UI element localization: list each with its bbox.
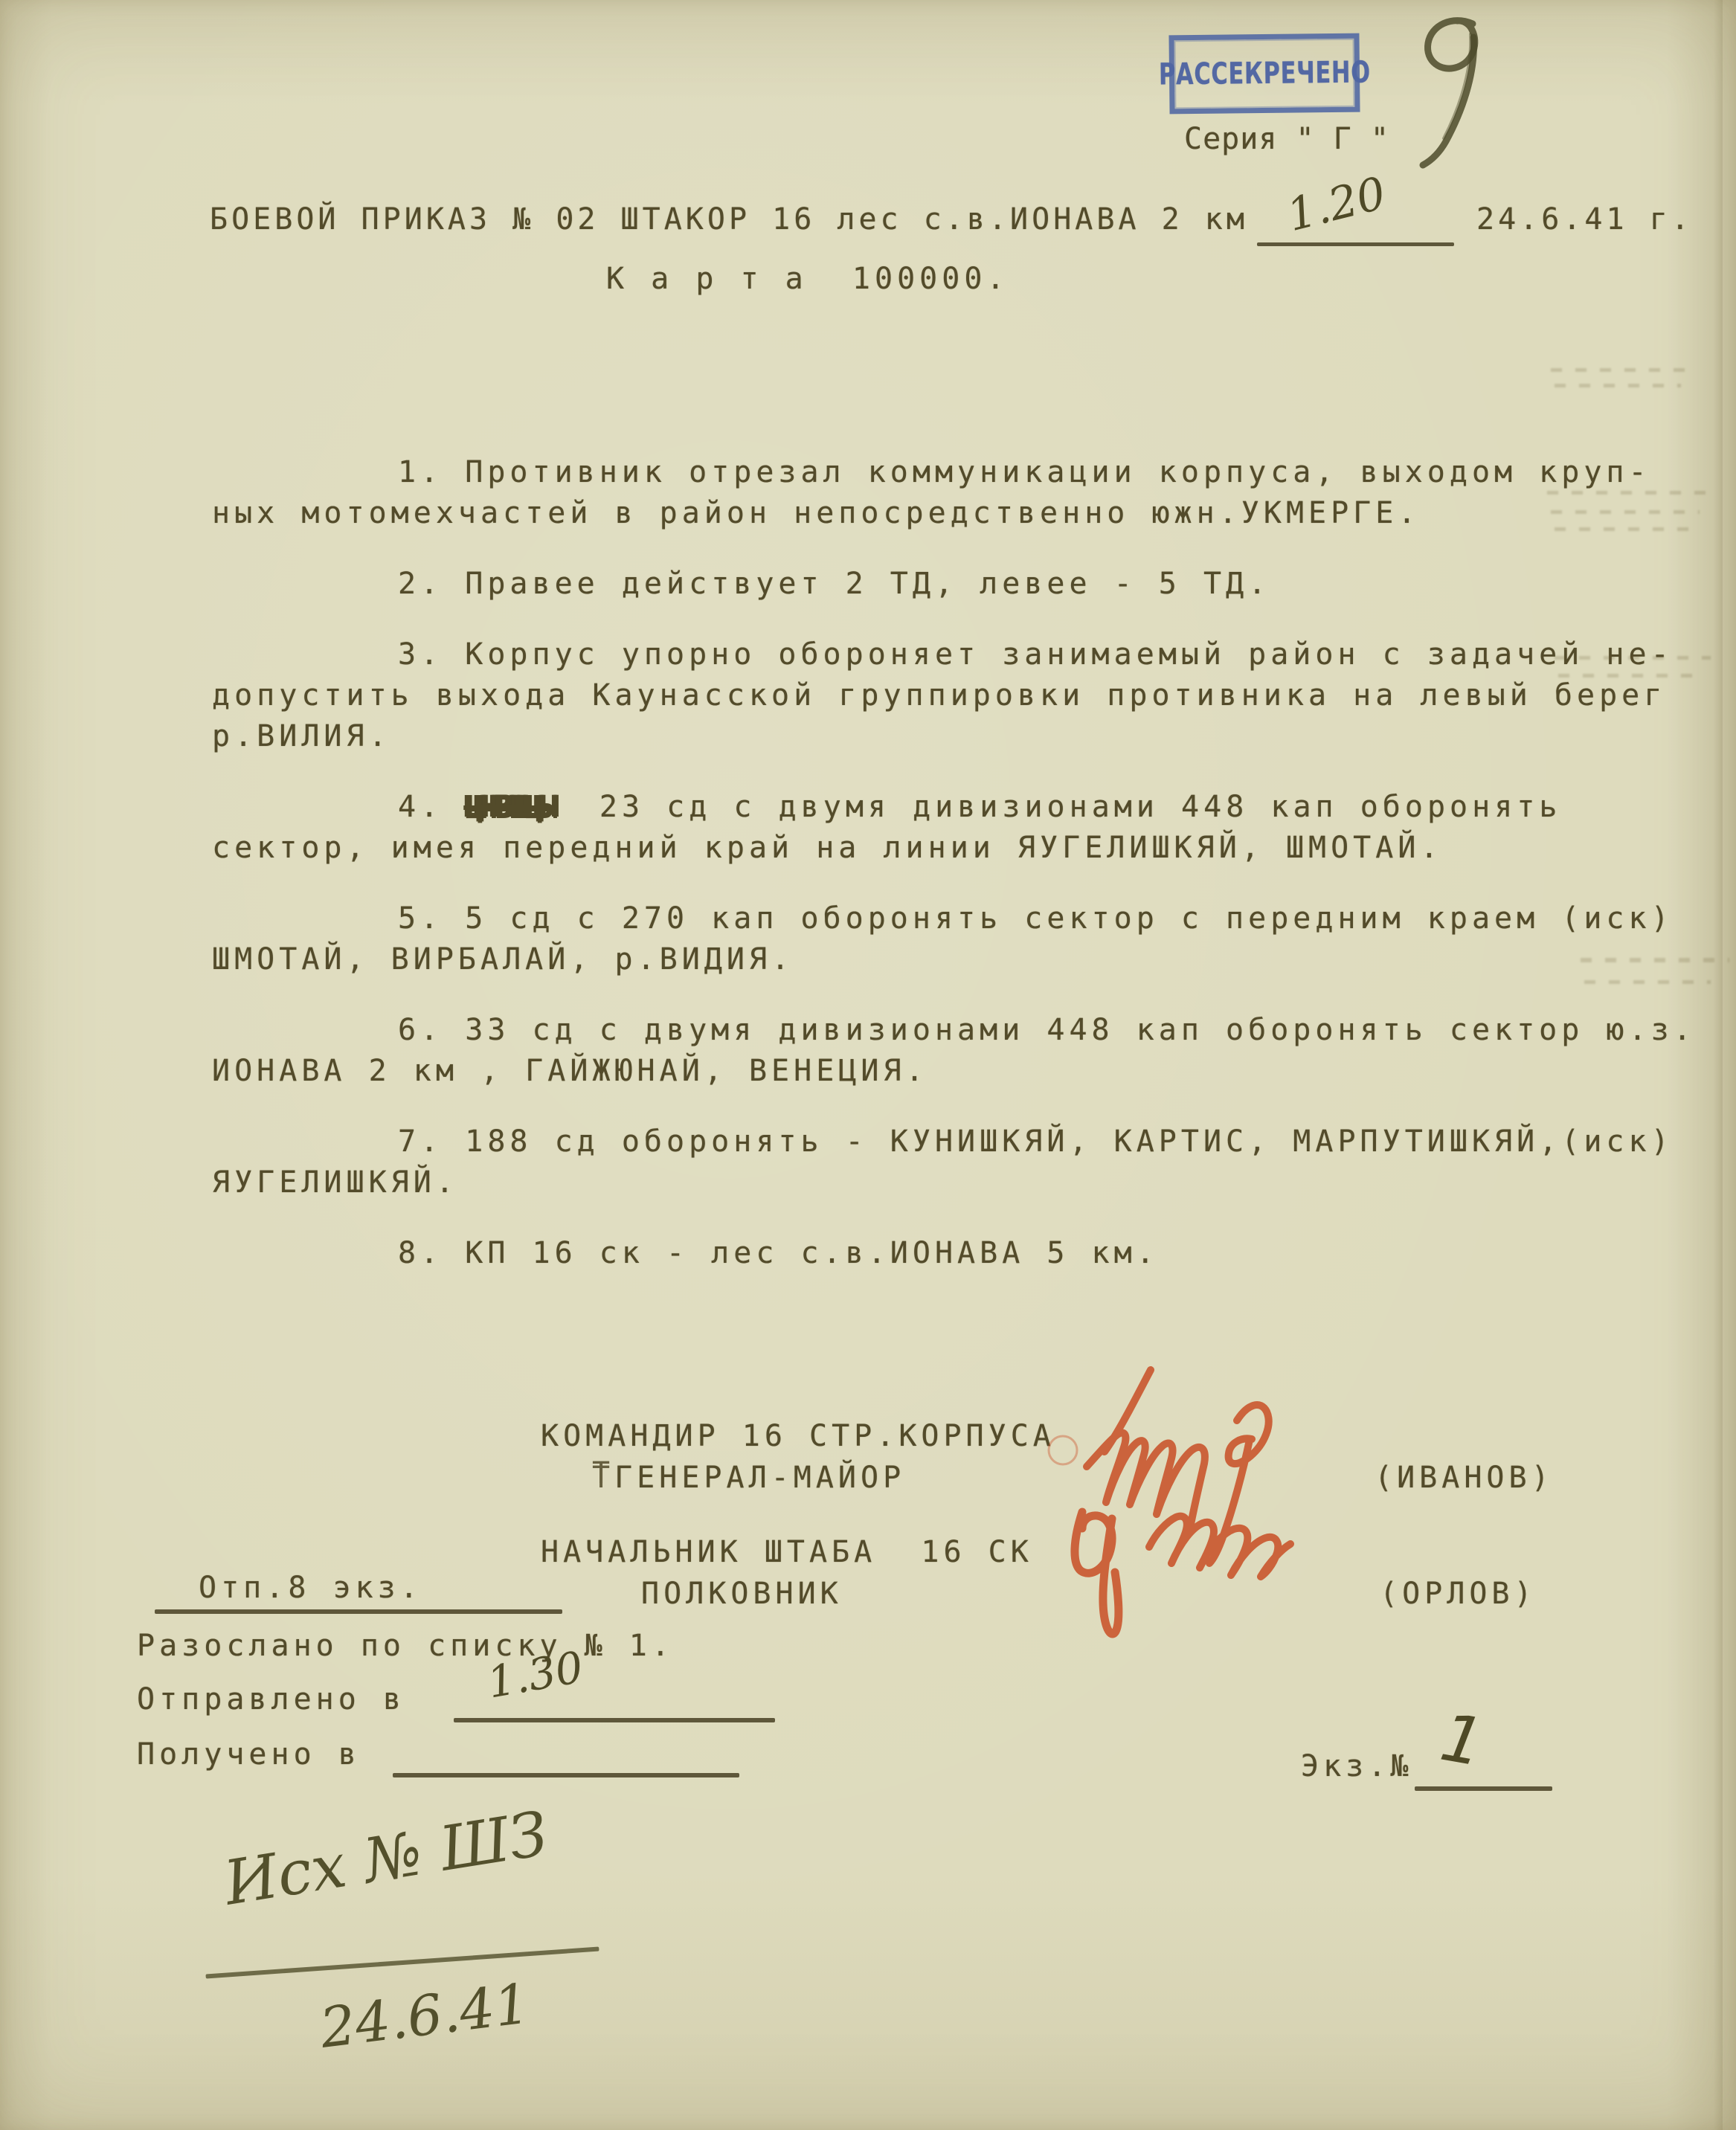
distribution-line: Разослано по списку № 1. xyxy=(137,1629,674,1663)
paragraph-line: сектор, имея передний край на линии ЯУГЕ… xyxy=(212,828,1729,869)
red-pencil-signatures xyxy=(1038,1367,1350,1657)
scanned-combat-order-document: РАССЕКРЕЧЕНО Серия " Г " БОЕВОЙ ПРИКАЗ №… xyxy=(0,0,1736,2130)
order-title: БОЕВОЙ ПРИКАЗ № 02 ШТАКОР 16 лес с.в.ИОН… xyxy=(210,202,1248,237)
ink-bleed-ghost xyxy=(1555,656,1711,660)
received-label: Получено в xyxy=(137,1737,361,1772)
declassified-stamp-text: РАССЕКРЕЧЕНО xyxy=(1158,56,1370,92)
paragraph-line: р.ВИЛИЯ. xyxy=(212,716,1729,757)
chief-of-staff-title: НАЧАЛЬНИК ШТАБА 16 СК xyxy=(541,1535,1033,1569)
commander-title: КОМАНДИР 16 СТР.КОРПУСА xyxy=(541,1419,1055,1453)
ink-bleed-ghost xyxy=(1551,368,1692,372)
copy-number-underline xyxy=(1415,1786,1552,1791)
overtype-char: Т xyxy=(592,1461,614,1495)
paragraph-2: 2. Правее действует 2 ТД, левее - 5 ТД. xyxy=(212,564,1729,605)
paragraph-line: 2. Правее действует 2 ТД, левее - 5 ТД. xyxy=(212,564,1729,605)
paragraph-5: 5. 5 сд с 270 кап оборонять сектор с пер… xyxy=(212,898,1729,980)
handwritten-note-underline xyxy=(205,1947,599,1979)
sent-underline xyxy=(454,1718,775,1722)
handwritten-time: 1.20 xyxy=(1282,167,1392,242)
paragraph-line: допустить выхода Каунасской группировки … xyxy=(212,675,1729,716)
ink-bleed-ghost xyxy=(1551,510,1700,514)
ink-bleed-ghost xyxy=(1581,958,1729,962)
ink-bleed-ghost xyxy=(1555,527,1688,531)
chief-of-staff-rank: ПОЛКОВНИК xyxy=(641,1577,843,1611)
paragraph-line: 1. Противник отрезал коммуникации корпус… xyxy=(212,452,1729,493)
map-scale-line: К а р т а 100000. xyxy=(606,262,1009,296)
declassified-stamp: РАССЕКРЕЧЕНО xyxy=(1168,33,1360,115)
paragraph-line: 3. Корпус упорно обороняет занимаемый ра… xyxy=(212,634,1729,675)
paragraph-3: 3. Корпус упорно обороняет занимаемый ра… xyxy=(212,634,1729,757)
handwritten-date-note: 24.6.41 xyxy=(317,1972,533,2061)
handwritten-copy-number: 1 xyxy=(1435,1699,1489,1781)
ink-bleed-ghost xyxy=(1584,980,1711,984)
ink-bleed-ghost xyxy=(1547,491,1711,495)
paragraph-text: 23 сд с двумя дивизионами 448 кап оборон… xyxy=(555,790,1562,824)
commander-rank-text: ГЕНЕРАЛ-МАЙОР xyxy=(614,1461,905,1495)
ink-bleed-ghost xyxy=(1555,384,1681,387)
paragraph-line: 8. КП 16 ск - лес с.в.ИОНАВА 5 км. xyxy=(212,1233,1729,1274)
commander-name: (ИВАНОВ) xyxy=(1375,1461,1554,1495)
overtyped-word: ЦНВШЦЫ xyxy=(465,790,555,824)
paragraph-7: 7. 188 сд оборонять - КУНИШКЯЙ, КАРТИС, … xyxy=(212,1122,1729,1203)
commander-rank: ТГЕНЕРАЛ-МАЙОР xyxy=(592,1461,905,1495)
paragraph-line: ШМОТАЙ, ВИРБАЛАЙ, р.ВИДИЯ. xyxy=(212,939,1729,980)
title-underline xyxy=(1257,242,1454,246)
copies-line: Отп.8 экз. xyxy=(199,1571,422,1605)
ink-bleed-ghost xyxy=(1558,674,1700,678)
page-number-pencil-9 xyxy=(1398,13,1510,177)
series-line: Серия " Г " xyxy=(1184,122,1389,156)
order-date: 24.6.41 г. xyxy=(1476,202,1693,237)
handwritten-outgoing-note: Исх № ШЗ xyxy=(219,1798,553,1919)
paragraph-line: 5. 5 сд с 270 кап оборонять сектор с пер… xyxy=(212,898,1729,939)
paragraph-line: 4. ЦНВШЦЫ 23 сд с двумя дивизионами 448 … xyxy=(212,787,1729,828)
copies-underline xyxy=(155,1609,562,1614)
paragraph-line: ИОНАВА 2 км , ГАЙЖЮНАЙ, ВЕНЕЦИЯ. xyxy=(212,1051,1729,1092)
paragraph-8: 8. КП 16 ск - лес с.в.ИОНАВА 5 км. xyxy=(212,1233,1729,1274)
paragraph-line: ЯУГЕЛИШКЯЙ. xyxy=(212,1162,1729,1203)
sent-label: Отправлено в xyxy=(137,1682,405,1716)
paragraph-line: ных мотомехчастей в район непосредственн… xyxy=(212,493,1729,534)
paragraph-1: 1. Противник отрезал коммуникации корпус… xyxy=(212,452,1729,534)
paragraph-6: 6. 33 сд с двумя дивизионами 448 кап обо… xyxy=(212,1010,1729,1092)
paragraph-number: 4. xyxy=(398,790,465,824)
chief-of-staff-name: (ОРЛОВ) xyxy=(1380,1577,1537,1611)
paragraph-line: 6. 33 сд с двумя дивизионами 448 кап обо… xyxy=(212,1010,1729,1051)
copy-number-label: Экз.№ xyxy=(1301,1749,1412,1783)
paragraph-line: 7. 188 сд оборонять - КУНИШКЯЙ, КАРТИС, … xyxy=(212,1122,1729,1162)
received-underline xyxy=(393,1773,739,1777)
paper-crease xyxy=(1714,0,1723,2130)
order-body: 1. Противник отрезал коммуникации корпус… xyxy=(212,452,1729,1304)
paragraph-4: 4. ЦНВШЦЫ 23 сд с двумя дивизионами 448 … xyxy=(212,787,1729,869)
